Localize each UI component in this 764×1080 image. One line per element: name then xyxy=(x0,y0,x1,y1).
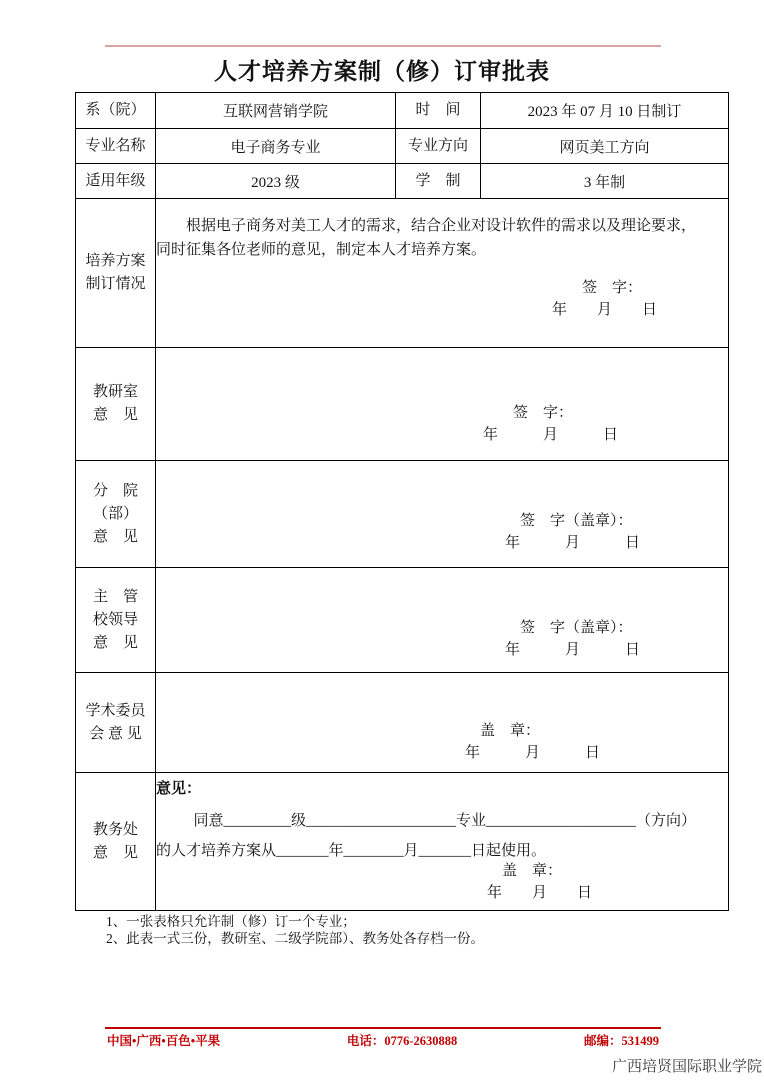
section-label-line: 培养方案 xyxy=(76,250,155,273)
section-content-school-leader: 签 字（盖章）： 年 月 日 xyxy=(156,568,729,673)
signature-line: 签 字（盖章）： xyxy=(505,617,640,639)
signature-block: 签 字（盖章）： 年 月 日 xyxy=(505,617,640,661)
signature-line: 签 字： xyxy=(552,277,657,299)
signature-block: 盖 章： 年 月 日 xyxy=(487,860,592,904)
stamp-line: 盖 章： xyxy=(487,860,592,882)
section-label-academic-affairs: 教务处 意 见 xyxy=(76,773,156,911)
school-name: 广西培贤国际职业学院 xyxy=(612,1055,762,1076)
section-content-teaching-office: 签 字： 年 月 日 xyxy=(156,348,729,461)
stamp-line: 盖 章： xyxy=(465,720,600,742)
section-row-plan-status: 培养方案 制订情况 根据电子商务对美工人才的需求，结合企业对设计软件的需求以及理… xyxy=(76,199,729,348)
signature-block: 签 字（盖章）： 年 月 日 xyxy=(505,510,640,554)
date-line: 年 月 日 xyxy=(465,742,600,764)
major-direction-value: 网页美工方向 xyxy=(481,129,729,164)
signature-block: 签 字： 年 月 日 xyxy=(483,402,618,446)
signature-line: 签 字（盖章）： xyxy=(505,510,640,532)
section-label-line: 教务处 xyxy=(76,819,155,842)
date-line: 年 月 日 xyxy=(483,424,618,446)
footnotes: 1、一张表格只允许制（修）订一个专业； 2、此表一式三份，教研室、二级学院部）、… xyxy=(106,913,484,947)
footnote-item: 1、一张表格只允许制（修）订一个专业； xyxy=(106,913,484,930)
footer-phone: 电话：0776-2630888 xyxy=(347,1031,457,1049)
section-label-plan-status: 培养方案 制订情况 xyxy=(76,199,156,348)
time-label: 时 间 xyxy=(396,93,481,129)
footnote-item: 2、此表一式三份，教研室、二级学院部）、教务处各存档一份。 xyxy=(106,930,484,947)
section-content-plan-status: 根据电子商务对美工人才的需求，结合企业对设计软件的需求以及理论要求， 同时征集各… xyxy=(156,199,729,348)
section-label-line: 意 见 xyxy=(76,842,155,865)
date-line: 年 月 日 xyxy=(505,639,640,661)
approval-form-table: 系（院） 互联网营销学院 时 间 2023 年 07 月 10 日制订 专业名称… xyxy=(75,92,729,911)
plan-status-text-line: 根据电子商务对美工人才的需求，结合企业对设计软件的需求以及理论要求， xyxy=(156,214,728,238)
time-value: 2023 年 07 月 10 日制订 xyxy=(481,93,729,129)
section-label-line: （部） xyxy=(76,503,155,526)
section-row-academic-committee: 学术委员 会 意 见 盖 章： 年 月 日 xyxy=(76,673,729,773)
form-title: 人才培养方案制（修）订审批表 xyxy=(0,53,764,86)
signature-block: 签 字： 年 月 日 xyxy=(552,277,657,321)
section-label-branch-college: 分 院 （部） 意 见 xyxy=(76,461,156,568)
signature-block: 盖 章： 年 月 日 xyxy=(465,720,600,764)
section-row-academic-affairs: 教务处 意 见 意见： 同意_________级________________… xyxy=(76,773,729,911)
schooling-value: 3 年制 xyxy=(481,164,729,199)
plan-status-text-line: 同时征集各位老师的意见，制定本人才培养方案。 xyxy=(156,238,728,262)
section-label-line: 意 见 xyxy=(76,526,155,549)
section-label-line: 意 见 xyxy=(76,404,155,427)
section-label-line: 主 管 xyxy=(76,586,155,609)
section-label-line: 制订情况 xyxy=(76,273,155,296)
date-line: 年 月 日 xyxy=(487,882,592,904)
section-label-line: 学术委员 xyxy=(76,700,155,723)
department-label: 系（院） xyxy=(76,93,156,129)
grade-value: 2023 级 xyxy=(156,164,396,199)
section-label-line: 意 见 xyxy=(76,632,155,655)
section-label-school-leader: 主 管 校领导 意 见 xyxy=(76,568,156,673)
date-line: 年 月 日 xyxy=(505,532,640,554)
section-content-academic-committee: 盖 章： 年 月 日 xyxy=(156,673,729,773)
section-label-teaching-office: 教研室 意 见 xyxy=(76,348,156,461)
signature-line: 签 字： xyxy=(483,402,618,424)
section-label-line: 校领导 xyxy=(76,609,155,632)
major-direction-label: 专业方向 xyxy=(396,129,481,164)
fill-in-line: 同意_________级____________________专业______… xyxy=(156,806,728,836)
table-row: 适用年级 2023 级 学 制 3 年制 xyxy=(76,164,729,199)
department-value: 互联网营销学院 xyxy=(156,93,396,129)
footer-contact-row: 中国•广西•百色•平果 电话：0776-2630888 邮编：531499 xyxy=(107,1031,659,1049)
section-row-teaching-office: 教研室 意 见 签 字： 年 月 日 xyxy=(76,348,729,461)
table-row: 系（院） 互联网营销学院 时 间 2023 年 07 月 10 日制订 xyxy=(76,93,729,129)
fill-in-line: 的人才培养方案从_______年________月_______日起使用。 xyxy=(156,836,728,866)
section-label-line: 分 院 xyxy=(76,480,155,503)
approval-fill-in-text: 同意_________级____________________专业______… xyxy=(156,806,728,866)
major-name-value: 电子商务专业 xyxy=(156,129,396,164)
section-content-branch-college: 签 字（盖章）： 年 月 日 xyxy=(156,461,729,568)
plan-status-text: 根据电子商务对美工人才的需求，结合企业对设计软件的需求以及理论要求， 同时征集各… xyxy=(156,199,728,262)
section-row-school-leader: 主 管 校领导 意 见 签 字（盖章）： 年 月 日 xyxy=(76,568,729,673)
section-content-academic-affairs: 意见： 同意_________级____________________专业__… xyxy=(156,773,729,911)
footer-postal-code: 邮编：531499 xyxy=(584,1031,659,1049)
opinion-heading: 意见： xyxy=(156,773,728,800)
schooling-label: 学 制 xyxy=(396,164,481,199)
header-divider-line xyxy=(105,45,661,47)
footer-location: 中国•广西•百色•平果 xyxy=(107,1031,220,1049)
section-row-branch-college: 分 院 （部） 意 见 签 字（盖章）： 年 月 日 xyxy=(76,461,729,568)
table-row: 专业名称 电子商务专业 专业方向 网页美工方向 xyxy=(76,129,729,164)
section-label-academic-committee: 学术委员 会 意 见 xyxy=(76,673,156,773)
footer-divider-line xyxy=(105,1027,661,1029)
grade-label: 适用年级 xyxy=(76,164,156,199)
section-label-line: 会 意 见 xyxy=(76,723,155,746)
document-page: 人才培养方案制（修）订审批表 系（院） 互联网营销学院 时 间 2023 年 0… xyxy=(0,0,764,1080)
major-name-label: 专业名称 xyxy=(76,129,156,164)
date-line: 年 月 日 xyxy=(552,299,657,321)
section-label-line: 教研室 xyxy=(76,381,155,404)
